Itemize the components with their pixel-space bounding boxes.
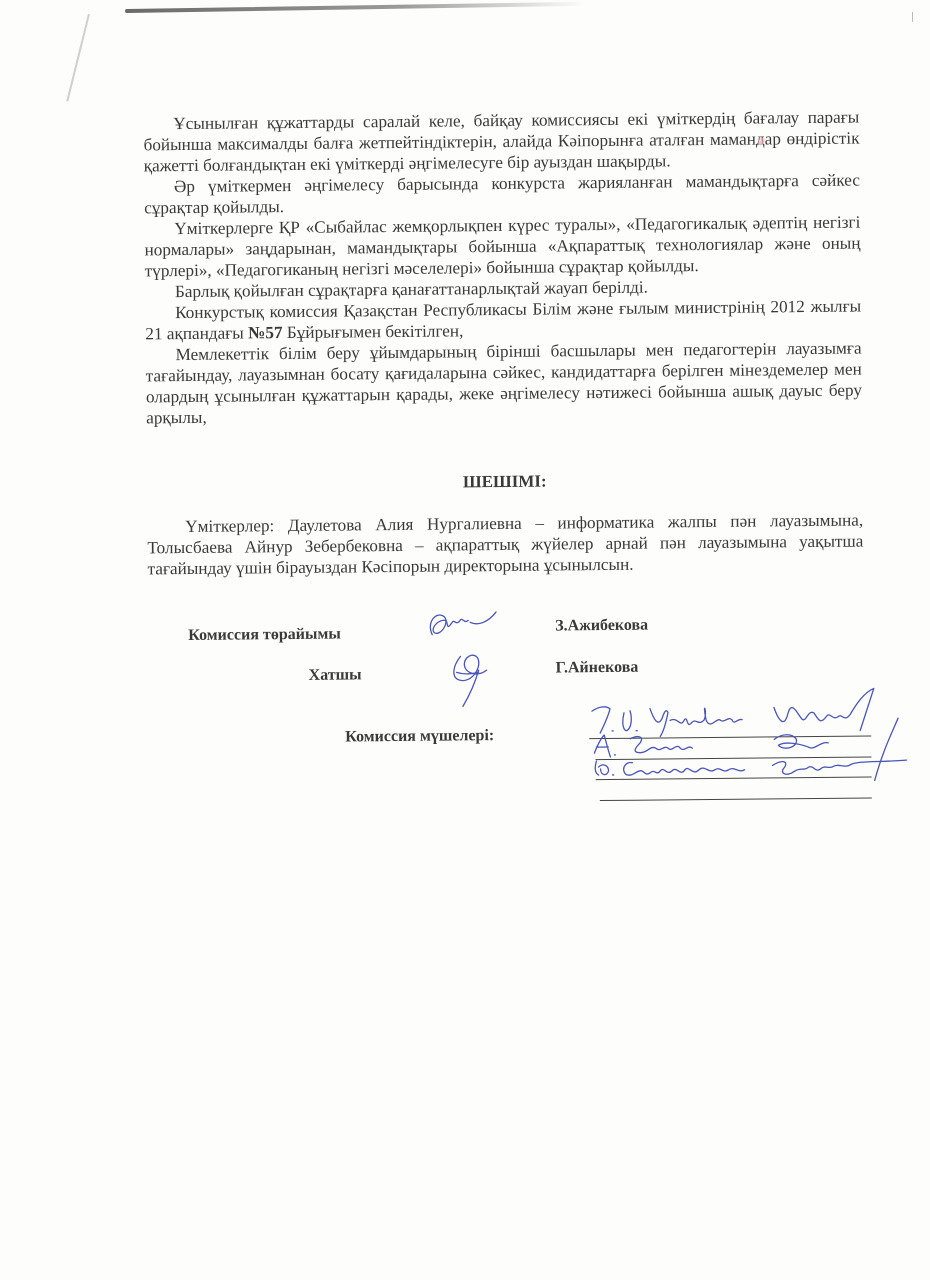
decision-title: ШЕШІМІ: [147,469,863,496]
chair-name: З.Ажибекова [555,617,648,636]
secretary-name: Г.Айнекова [555,659,638,678]
secretary-signature [0,0,926,5]
document-page: Ұсынылған құжаттарды саралай келе, байқа… [0,0,930,1280]
signature-line-4 [600,797,872,801]
handwritten-signature-icon [422,602,502,648]
decision-paragraph: Үміткерлер: Даулетова Алия Нургалиевна –… [147,510,864,580]
paragraph-questions: Үміткерлерге ҚР «Сыбайлас жемқорлықпен к… [144,212,861,282]
order-number: №57 [248,323,283,342]
document-body: Ұсынылған құжаттарды саралай келе, байқа… [143,107,862,429]
paragraph-order: Конкурстық комиссия Қазақстан Республика… [145,296,861,345]
chair-label: Комиссия төрайымы [188,626,341,645]
secretary-label: Хатшы [309,666,362,685]
paragraph-interview: Әр үміткермен әңгімелесу барысында конку… [144,170,860,219]
handwritten-signature-icon [442,648,503,709]
paragraph-review: Ұсынылған құжаттарды саралай келе, байқа… [143,107,860,177]
paragraph-rules: Мемлекеттік білім беру ұйымдарының бірін… [145,338,862,429]
members-signatures [0,0,926,5]
decision-body: Үміткерлер: Даулетова Алия Нургалиевна –… [147,510,864,580]
chair-signature [0,0,926,5]
order-text-after: Бұйрығымен бекітілген, [282,321,463,342]
members-label: Комиссия мүшелері: [345,727,494,746]
handwritten-signatures-icon [588,688,919,786]
